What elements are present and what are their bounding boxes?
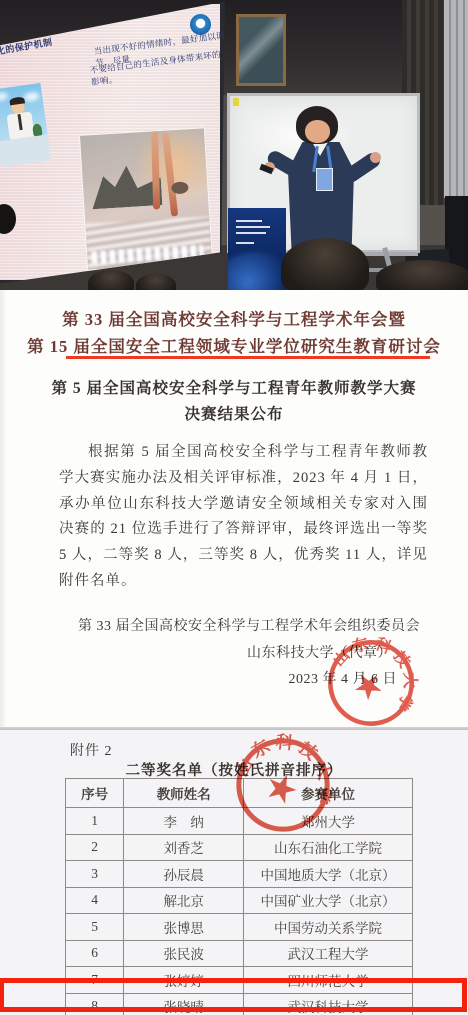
cell-name: 张民波 bbox=[124, 940, 244, 967]
doc-subtitle-line2: 决赛结果公布 bbox=[0, 402, 468, 424]
whiteboard-sticker bbox=[233, 98, 239, 106]
audience-head bbox=[136, 274, 176, 290]
presenter-right-hand bbox=[370, 152, 381, 163]
doc-title-line2: 第 15 届全国安全工程领域专业学位研究生教育研讨会 bbox=[0, 333, 468, 357]
doc-body-paragraph: 根据第 5 届全国高校安全科学与工程青年教师教学大赛实施办法及相关评审标准，20… bbox=[59, 440, 428, 595]
presenter-face bbox=[305, 120, 330, 143]
table-row: 6 张民波 武汉工程大学 bbox=[66, 940, 413, 967]
red-rule bbox=[66, 356, 430, 359]
led-screen: 进化的保护机制 当出现不好的情绪时，最好加以调节，尽量 不要给自己的生活及身体带… bbox=[0, 0, 232, 290]
screenshot-root: 进化的保护机制 当出现不好的情绪时，最好加以调节，尽量 不要给自己的生活及身体带… bbox=[0, 0, 468, 1015]
doc-subtitle-line1: 第 5 届全国高校安全科学与工程青年教师教学大赛 bbox=[0, 376, 468, 398]
cell-name: 张博思 bbox=[124, 914, 244, 941]
cell-serial: 6 bbox=[66, 940, 124, 967]
cell-serial: 3 bbox=[66, 861, 124, 888]
slide-cartoon-image bbox=[0, 83, 51, 167]
presentation-photo: 进化的保护机制 当出现不好的情绪时，最好加以调节，尽量 不要给自己的生活及身体带… bbox=[0, 0, 468, 290]
cell-unit: 中国矿业大学（北京） bbox=[244, 887, 413, 914]
audience-head bbox=[376, 260, 468, 290]
table-row: 5 张博思 中国劳动关系学院 bbox=[66, 914, 413, 941]
highlight-box-row8 bbox=[0, 978, 467, 1012]
cell-serial: 4 bbox=[66, 887, 124, 914]
audience-head bbox=[281, 238, 369, 290]
cell-name: 解北京 bbox=[124, 887, 244, 914]
cell-serial: 1 bbox=[66, 808, 124, 835]
svg-text:★: ★ bbox=[261, 766, 303, 812]
doc-title-line1: 第 33 届全国高校安全科学与工程学术年会暨 bbox=[0, 306, 468, 330]
wall-picture-frame bbox=[236, 14, 286, 86]
cell-unit: 山东石油化工学院 bbox=[244, 834, 413, 861]
audience-head bbox=[88, 270, 134, 290]
attachment-label: 附件 2 bbox=[70, 740, 113, 760]
svg-text:★: ★ bbox=[347, 664, 390, 708]
slide: 进化的保护机制 当出现不好的情绪时，最好加以调节，尽量 不要给自己的生活及身体带… bbox=[0, 4, 220, 280]
window-blinds bbox=[444, 0, 468, 198]
cell-serial: 5 bbox=[66, 914, 124, 941]
table-row: 2 刘香芝 山东石油化工学院 bbox=[66, 834, 413, 861]
cell-unit: 中国劳动关系学院 bbox=[244, 914, 413, 941]
header-serial: 序号 bbox=[66, 779, 124, 808]
cell-name: 孙辰晨 bbox=[124, 861, 244, 888]
cell-name: 刘香芝 bbox=[124, 834, 244, 861]
table-row: 3 孙辰晨 中国地质大学（北京） bbox=[66, 861, 413, 888]
presenter-badge bbox=[316, 168, 333, 191]
blue-rollup-banner bbox=[228, 208, 286, 290]
table-row: 4 解北京 中国矿业大学（北京） bbox=[66, 887, 413, 914]
cell-serial: 2 bbox=[66, 834, 124, 861]
cell-unit: 中国地质大学（北京） bbox=[244, 861, 413, 888]
cell-unit: 武汉工程大学 bbox=[244, 940, 413, 967]
slide-beach-photo bbox=[80, 128, 212, 269]
